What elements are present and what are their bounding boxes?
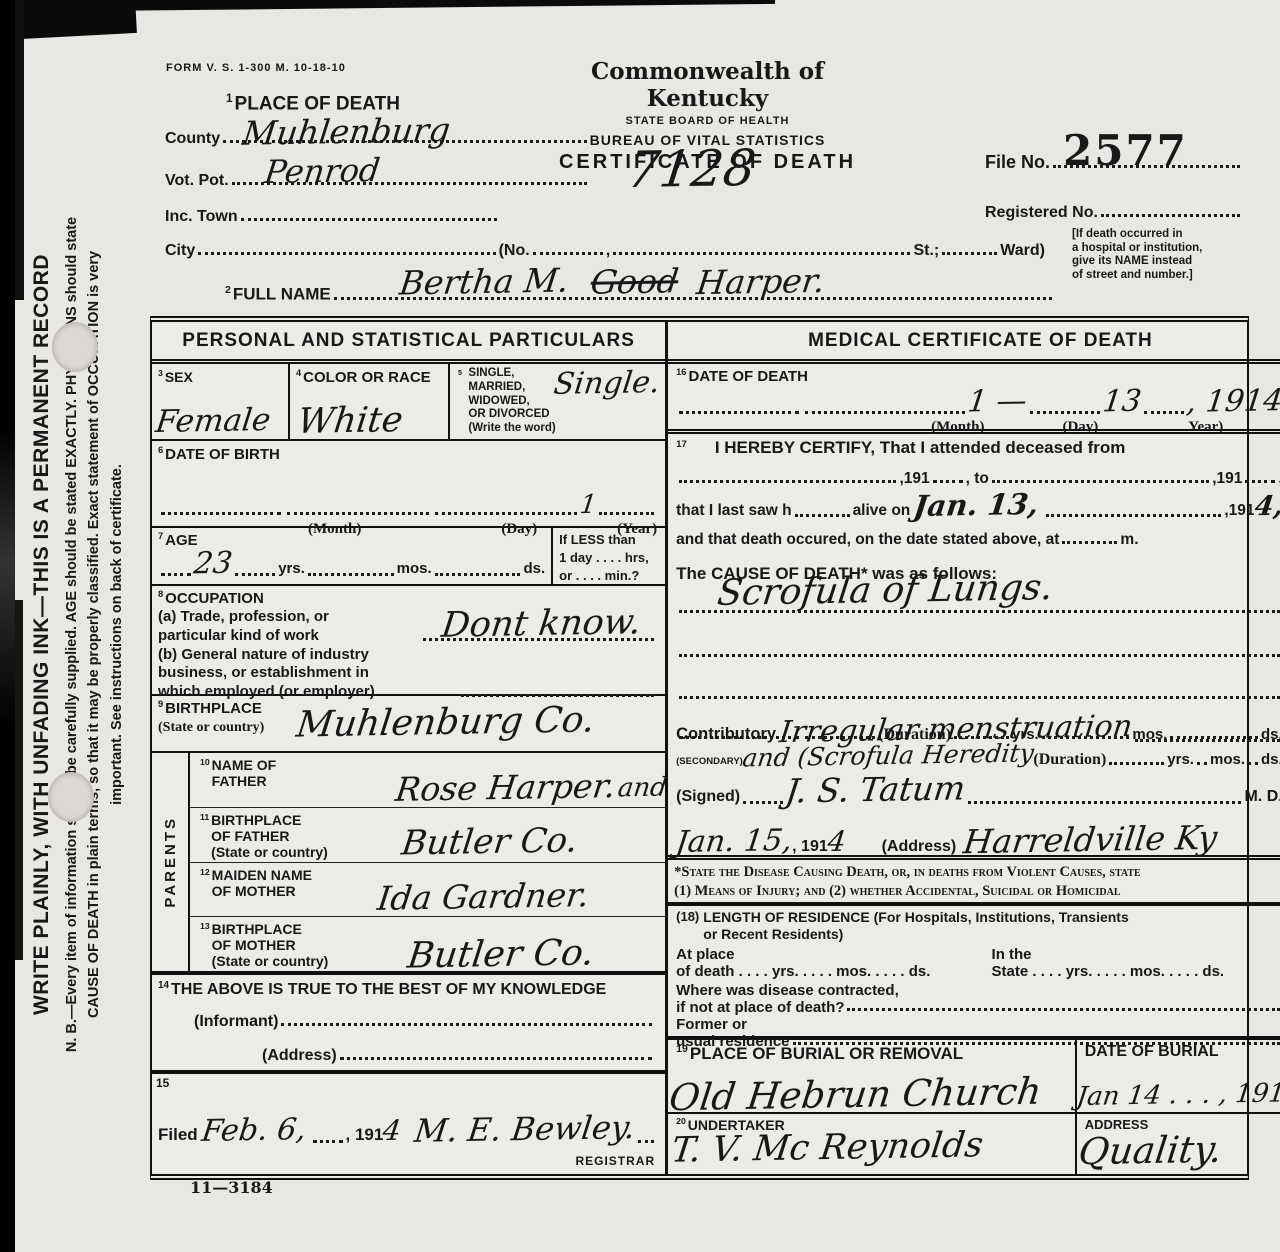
struck-name: Good [588, 261, 680, 302]
form-code: 11—3184 [190, 1178, 273, 1197]
scan-edge-left-lower [15, 600, 23, 960]
cause-footnote: *State the Disease Causing Death, or, in… [668, 860, 1280, 906]
cause-of-death-value: Scrofula of Lungs. [715, 567, 1055, 614]
margin-instructions: WRITE PLAINLY, WITH UNFADING INK—THIS IS… [30, 57, 128, 1212]
mother-name-row: 12MAIDEN NAME OF MOTHER Ida Gardner. [190, 863, 665, 918]
contributory-row: Contributory Irregular menstruation (SEC… [668, 718, 1280, 776]
death-certificate-scan: WRITE PLAINLY, WITH UNFADING INK—THIS IS… [0, 0, 1280, 1252]
physician-address-value: Harreldville Ky [962, 818, 1220, 861]
residence-row: (18) LENGTH OF RESIDENCE (For Hospitals,… [668, 906, 1280, 1040]
dob-year-digit: 1 [578, 490, 598, 520]
undertaker-name-cell: 20UNDERTAKER T. V. Mc Reynolds [668, 1114, 1077, 1174]
marital-cell: 5 SINGLE, MARRIED, WIDOWED, OR DIVORCED … [450, 364, 665, 439]
burial-row: 19PLACE OF BURIAL OR REMOVAL Old Hebrun … [668, 1040, 1280, 1114]
occupation-value: Dont know. [439, 602, 643, 645]
form-number: FORM V. S. 1-300 M. 10-18-10 [166, 62, 346, 74]
dob-row: 6DATE OF BIRTH 1 (Month) (Day) (Year) [152, 441, 665, 528]
file-no-field: File No. 2577 [985, 152, 1243, 173]
county-field: County Muhlenburg [165, 130, 590, 148]
age-value: 23 [192, 546, 235, 582]
death-month-value: 1 — [966, 383, 1029, 419]
statement-row: 14THE ABOVE IS TRUE TO THE BEST OF MY KN… [152, 975, 665, 1072]
filed-year-digit: 4 [381, 1114, 403, 1147]
cause-of-death-row: The CAUSE OF DEATH* was as follows: Scro… [668, 560, 1280, 718]
medical-header: MEDICAL CERTIFICATE OF DEATH [668, 322, 1280, 364]
sex-race-marital-row: 3SEX Female 4COLOR OR RACE White 5 SINGL… [152, 364, 665, 441]
less-than-day-cell: If LESS than 1 day . . . . hrs, or . . .… [551, 528, 665, 584]
mother-name-value: Ida Gardner. [375, 875, 591, 918]
father-name-row: 10NAME OF FATHER Rose Harper. and [190, 753, 665, 808]
mother-birthplace-value: Butler Co. [405, 932, 596, 976]
undertaker-name-value: T. V. Mc Reynolds [669, 1125, 985, 1170]
stamp-number: 7128 [624, 139, 759, 199]
marital-value: Single. [551, 365, 661, 402]
state-board: STATE BOARD OF HEALTH [535, 115, 880, 127]
medical-certificate-column: MEDICAL CERTIFICATE OF DEATH 16DATE OF D… [668, 322, 1280, 1174]
field-number: 1 [226, 92, 233, 105]
last-seen-date: Jan. 13, [912, 487, 1041, 523]
sex-cell: 3SEX Female [152, 364, 290, 439]
father-name-value: Rose Harper. [393, 766, 618, 809]
filed-row: 15 Filed Feb. 6, , 191 4 M. E. Bewley. R… [152, 1072, 665, 1174]
inc-town-field: Inc. Town [165, 208, 500, 226]
undertaker-address-value: Quality. [1076, 1128, 1224, 1173]
father-birthplace-value: Butler Co. [399, 820, 580, 863]
parents-vertical-label: PARENTS [152, 753, 190, 971]
full-name-field: 2FULL NAME Bertha M. Good Harper. [225, 284, 1055, 305]
birthplace-row: 9BIRTHPLACE (State or country) Muhlenbur… [152, 696, 665, 753]
signed-row: (Signed) J. S. Tatum M. D. [668, 776, 1280, 816]
father-birthplace-row: 11BIRTHPLACE OF FATHER (State or country… [190, 808, 665, 863]
signature-date-value: Jan. 15, [674, 823, 795, 860]
age-row: 7AGE 23 yrs. mos. ds. If LESS than 1 day… [152, 528, 665, 586]
scan-edge-left [0, 0, 15, 1252]
parents-block: PARENTS 10NAME OF FATHER Rose Harper. an… [152, 753, 665, 975]
hole-punch-top [52, 322, 98, 372]
signature-date-row: Jan. 15, , 191 4 (Address) Harreldville … [668, 816, 1280, 860]
voting-precinct-field: Vot. Pot. Penrod [165, 172, 590, 190]
full-name-value: Bertha M. Good Harper. [400, 262, 824, 301]
registered-no-field: Registered No. [985, 204, 1243, 222]
burial-place-value: Old Hebrun Church [667, 1070, 1044, 1119]
father-row-overflow: and [616, 772, 669, 803]
hospital-note: [If death occurred in a hospital or inst… [1072, 228, 1250, 282]
undertaker-address-cell: ADDRESS Quality. [1077, 1114, 1280, 1174]
mother-birthplace-row: 13BIRTHPLACE OF MOTHER (State or country… [190, 917, 665, 971]
personal-particulars-column: PERSONAL AND STATISTICAL PARTICULARS 3SE… [152, 322, 668, 1174]
undertaker-row: 20UNDERTAKER T. V. Mc Reynolds ADDRESS Q… [668, 1114, 1280, 1174]
margin-nb-note: N. B.—Every item of information should b… [61, 57, 128, 1212]
sex-value: Female [154, 402, 273, 440]
burial-date-cell: DATE OF BURIAL Jan 14 . . . , 1914. [1077, 1040, 1280, 1112]
last-seen-year-digit: 4, [1253, 491, 1280, 522]
death-day-value: 13 [1101, 384, 1144, 420]
death-year-value: , 1914 [1185, 383, 1280, 420]
burial-place-cell: 19PLACE OF BURIAL OR REMOVAL Old Hebrun … [668, 1040, 1077, 1112]
registrar-label: REGISTRAR [575, 1154, 655, 1168]
burial-date-value: Jan 14 . . . , 1914. [1075, 1078, 1280, 1112]
hole-punch-bottom [48, 772, 94, 822]
occupation-row: 8OCCUPATION (a) Trade, profession, or pa… [152, 586, 665, 696]
race-cell: 4COLOR OR RACE White [290, 364, 450, 439]
physician-signature: J. S. Tatum [784, 768, 968, 810]
date-of-death-row: 16DATE OF DEATH 1 — 13 , 1914 (Month) (D… [668, 364, 1280, 434]
race-value: White [295, 400, 405, 442]
filed-date-value: Feb. 6, [199, 1112, 307, 1149]
scan-edge-left-upper [15, 0, 24, 300]
commonwealth-title: Commonwealth of Kentucky [535, 58, 880, 112]
county-value: Muhlenburg [240, 110, 452, 153]
certify-row: 17I HEREBY CERTIFY, That I attended dece… [668, 434, 1280, 560]
file-no-value: 2577 [1063, 126, 1188, 175]
margin-write-plainly: WRITE PLAINLY, WITH UNFADING INK—THIS IS… [30, 57, 54, 1212]
personal-header: PERSONAL AND STATISTICAL PARTICULARS [152, 322, 665, 364]
voting-precinct-value: Penrod [263, 151, 383, 191]
city-field: City (No. , St.; Ward) [165, 242, 1045, 260]
certificate-body: PERSONAL AND STATISTICAL PARTICULARS 3SE… [150, 316, 1249, 1180]
secondary-cause-value: and (Scrofula Heredity [741, 738, 1036, 772]
registrar-signature: M. E. Bewley. [413, 1108, 638, 1150]
signature-year-digit: 4 [826, 825, 848, 858]
birthplace-value: Muhlenburg Co. [294, 699, 597, 745]
